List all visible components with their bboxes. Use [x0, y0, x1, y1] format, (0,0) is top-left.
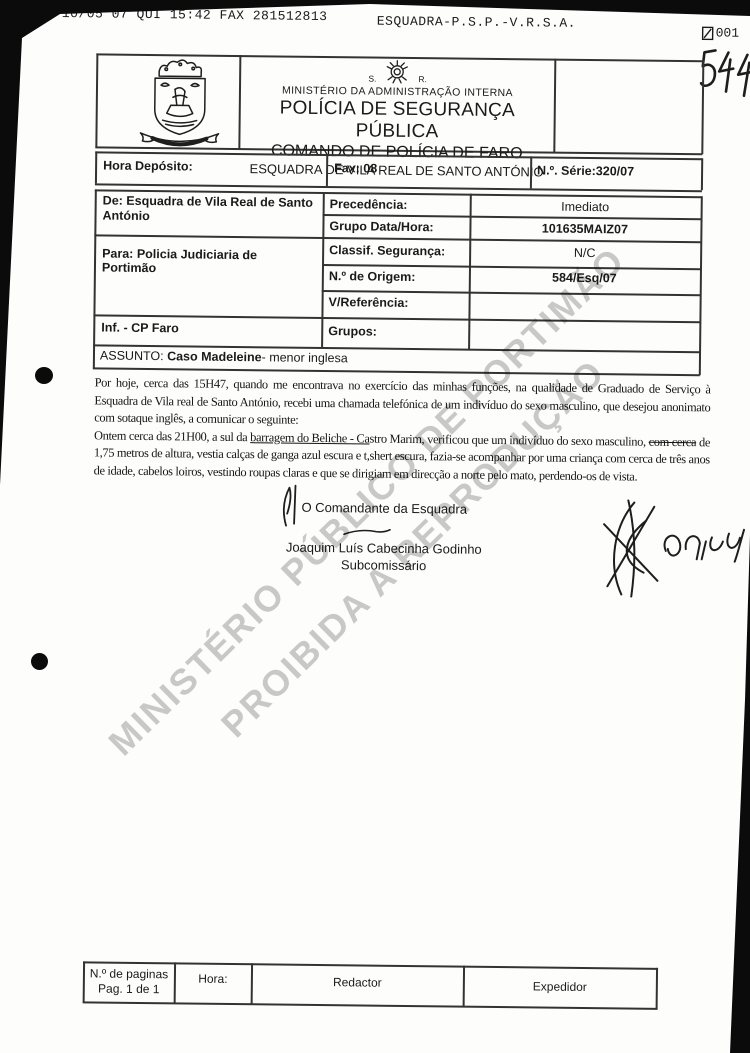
- subject-label: ASSUNTO:: [100, 348, 167, 363]
- precedencia-value: Imediato: [470, 199, 701, 216]
- signature-scribble: [591, 494, 750, 601]
- signatory-rank: Subcomissário: [266, 556, 502, 574]
- fax-page-icon: [702, 26, 714, 40]
- hole-punch-top: [35, 367, 53, 384]
- classif-seguranca-label: Classif. Segurança:: [329, 243, 445, 258]
- precedencia-label: Precedência:: [330, 197, 408, 212]
- numero-origem-label: N.º de Origem:: [329, 269, 416, 284]
- underlined-place-name: barragem do Beliche - Ca: [250, 430, 370, 445]
- handwritten-dash: [342, 525, 392, 538]
- struck-words: com cerca: [649, 434, 697, 449]
- info-copy-label: Inf. - CP Faro: [101, 320, 313, 336]
- footer-pages-cell: N.º de paginas Pag. 1 de 1: [85, 966, 173, 997]
- signatory-name: Joaquim Luís Cabecinha Godinho: [266, 539, 502, 557]
- handwritten-page-number: [699, 45, 750, 100]
- station-name: ESQUADRA DE VILA REAL DE SANTO ANTÓNIO: [240, 162, 553, 180]
- subject-case-name: Caso Madeleine: [167, 349, 262, 364]
- signatory-title: O Comandante da Esquadra: [256, 499, 512, 517]
- body-paragraph-1: Por hoje, cerca das 15H47, quando me enc…: [94, 374, 711, 434]
- recipient-label: Para: Policia Judiciaria de Portimão: [102, 246, 314, 276]
- faro-coat-of-arms: [132, 57, 225, 148]
- fax-document-page: MINISTÉRIO PÚBLICO DE PORTIMÃO PROIBIDA …: [0, 0, 750, 1053]
- footer-pages-label: N.º de paginas: [85, 966, 173, 982]
- report-body: Por hoje, cerca das 15H47, quando me enc…: [94, 374, 711, 487]
- classif-seguranca-value: N/C: [469, 245, 700, 262]
- paper-content: 10/05 07 QUI 15:42 FAX 281512813 ESQUADR…: [0, 0, 750, 1053]
- fax-number-label: Fax: 08: [334, 161, 377, 175]
- grupos-label: Grupos:: [328, 324, 377, 339]
- footer-hora-label: Hora:: [176, 971, 250, 987]
- grupo-data-hora-value: 101635MAIZ07: [469, 221, 700, 238]
- fax-page-counter: 001: [716, 25, 740, 40]
- emblem-left-initial: S.: [368, 75, 376, 85]
- sender-label: De: Esquadra de Vila Real de Santo Antón…: [102, 193, 314, 225]
- serie-number-label: N.º. Série:320/07: [537, 163, 634, 178]
- body-paragraph-2: Ontem cerca das 21H00, a sul da barragem…: [94, 427, 711, 487]
- footer-expedidor-label: Expedidor: [465, 979, 655, 996]
- hora-deposito-label: Hora Depósito:: [103, 159, 193, 174]
- police-force-name: POLÍCIA DE SEGURANÇA PÚBLICA: [240, 97, 553, 144]
- fax-timestamp-line: 10/05 07 QUI 15:42 FAX 281512813: [62, 6, 328, 24]
- emblem-right-initial: R.: [418, 75, 427, 85]
- fax-station-line: ESQUADRA-P.S.P.-V.R.S.A.: [377, 14, 576, 31]
- subject-rest: - menor inglesa: [262, 350, 348, 365]
- subject-row: ASSUNTO: Caso Madeleine- menor inglesa: [100, 348, 348, 365]
- grupo-data-hora-label: Grupo Data/Hora:: [329, 219, 433, 234]
- hole-punch-bottom: [31, 653, 48, 670]
- national-emblem-icon: [383, 59, 411, 85]
- footer-redactor-label: Redactor: [253, 974, 462, 991]
- footer-pages-value: Pag. 1 de 1: [85, 981, 173, 997]
- referencia-label: V/Referência:: [329, 295, 409, 310]
- numero-origem-value: 584/Esq/07: [469, 270, 700, 287]
